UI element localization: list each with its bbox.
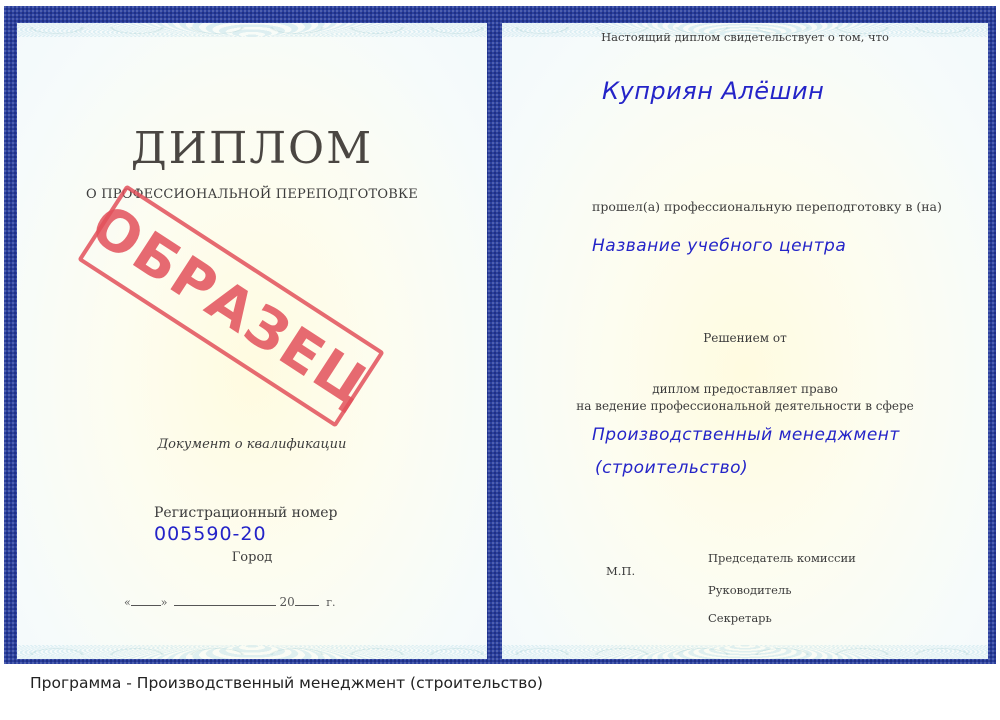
date-close-quote: » [161, 596, 168, 609]
year-prefix: 20 [279, 595, 294, 609]
year-suffix: г. [326, 596, 335, 609]
sample-stamp: ОБРАЗЕЦ [77, 184, 384, 427]
recipient-name: Куприян Алёшин [602, 77, 824, 105]
registration-number-label: Регистрационный номер [154, 505, 338, 521]
diploma-subtitle: О ПРОФЕССИОНАЛЬНОЙ ПЕРЕПОДГОТОВКЕ [17, 187, 487, 202]
grants-right-line-2: на ведение профессиональной деятельности… [502, 399, 988, 413]
registration-number-value: 005590-20 [154, 523, 267, 545]
secretary-label: Секретарь [708, 611, 772, 625]
guilloche-border-bottom [502, 645, 988, 659]
professional-sphere-line-1: Производственный менеджмент [592, 425, 900, 445]
scallop-ornament-top [17, 27, 487, 41]
diploma-right-page: Настоящий диплом свидетельствует о том, … [502, 23, 988, 659]
certifies-header: Настоящий диплом свидетельствует о том, … [502, 30, 988, 44]
city-label: Город [17, 550, 487, 565]
decision-text: Решением от [502, 331, 988, 345]
passed-retraining-text: прошел(а) профессиональную переподготовк… [592, 199, 942, 214]
diploma-cover: ДИПЛОМ О ПРОФЕССИОНАЛЬНОЙ ПЕРЕПОДГОТОВКЕ… [4, 6, 996, 664]
training-center-name: Название учебного центра [592, 236, 846, 256]
date-open-quote: « [124, 596, 131, 609]
document-qualification-label: Документ о квалификации [17, 437, 487, 452]
date-line: «» 20 г. [124, 595, 336, 609]
month-blank [174, 597, 276, 606]
head-label: Руководитель [708, 583, 792, 597]
professional-sphere-line-2: (строительство) [595, 458, 748, 478]
year-blank [295, 597, 319, 606]
commission-chairman-label: Председатель комиссии [708, 551, 856, 565]
diploma-left-page: ДИПЛОМ О ПРОФЕССИОНАЛЬНОЙ ПЕРЕПОДГОТОВКЕ… [17, 23, 487, 659]
program-caption: Программа - Производственный менеджмент … [30, 674, 543, 692]
day-blank [131, 597, 161, 606]
diploma-title: ДИПЛОМ [17, 123, 487, 174]
grants-right-line-1: диплом предоставляет право [502, 382, 988, 396]
seal-place-label: М.П. [606, 564, 635, 578]
sample-stamp-text: ОБРАЗЕЦ [80, 192, 383, 420]
guilloche-border-bottom [17, 645, 487, 659]
